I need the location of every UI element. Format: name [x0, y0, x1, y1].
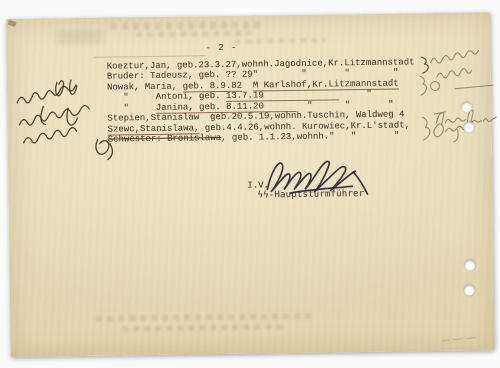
punch-hole [461, 101, 472, 112]
punch-hole [464, 284, 475, 295]
typed-segment: Schwester: Bronislawa [108, 133, 222, 145]
bleedthrough-smudge [234, 39, 326, 44]
typed-segment: Nowak, Maria, [107, 81, 183, 92]
fold-line [94, 55, 206, 58]
rank-label: ϟϟ-Hauptsturmführer [257, 189, 364, 201]
bleedthrough-smudge [136, 31, 251, 38]
typed-segment: , geb. 1.1.23,wohnh." " " [221, 131, 399, 143]
page-number: - 2 - [205, 43, 237, 54]
faint-pencil-mark [440, 332, 480, 345]
typed-segment [242, 80, 253, 90]
bleedthrough-smudge [56, 30, 104, 45]
typed-segment: " [339, 89, 372, 99]
bleedthrough-smudge [111, 21, 261, 30]
brace-annotation [417, 75, 445, 97]
top-right-pencil-note [426, 48, 499, 93]
brace-annotation [419, 56, 435, 74]
bleedthrough-smudge [96, 313, 311, 322]
bleedthrough-smudge [122, 324, 282, 331]
typed-segment: " [107, 103, 156, 114]
typed-text-block: Koeztur,Jan, geb.23.3.27,wohnh.Jagodnice… [107, 57, 416, 145]
punch-hole [464, 259, 475, 270]
scan-background: { "page": { "page_number": "- 2 -" }, "t… [0, 0, 500, 368]
document-page: - 2 - Koeztur,Jan, geb.23.3.27,wohnh.Jag… [6, 12, 495, 357]
punch-hole [463, 121, 474, 132]
corner-speck [8, 20, 17, 27]
